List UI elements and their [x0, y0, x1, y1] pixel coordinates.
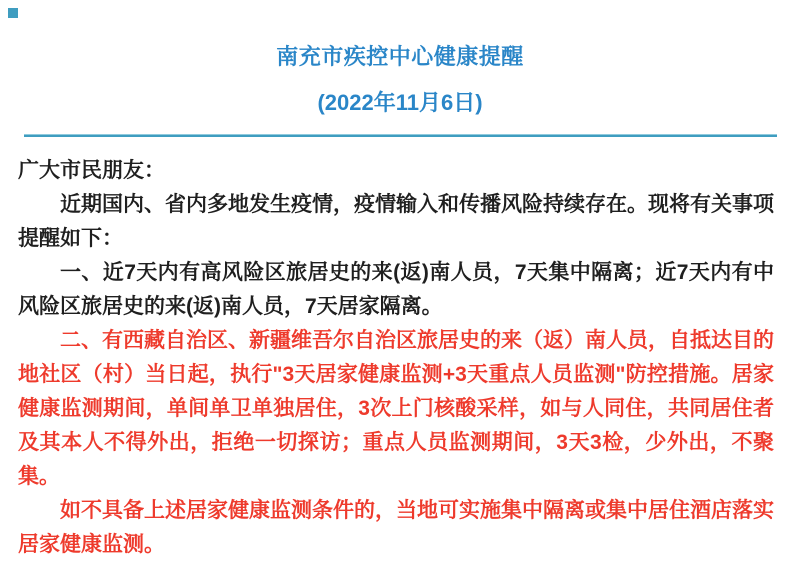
- header-divider: [24, 134, 777, 137]
- salutation-line: 广大市民朋友：: [18, 154, 774, 188]
- corner-bullet-decoration: [8, 8, 18, 18]
- notice-body: 广大市民朋友： 近期国内、省内多地发生疫情，疫情输入和传播风险持续存在。现将有关…: [0, 154, 800, 562]
- notice-paragraph-intro: 近期国内、省内多地发生疫情，疫情输入和传播风险持续存在。现将有关事项提醒如下：: [18, 188, 774, 256]
- notice-page: 南充市疾控中心健康提醒 (2022年11月6日) 广大市民朋友： 近期国内、省内…: [0, 0, 800, 566]
- notice-title: 南充市疾控中心健康提醒: [0, 44, 800, 69]
- notice-date: (2022年11月6日): [0, 90, 800, 115]
- notice-header: 南充市疾控中心健康提醒 (2022年11月6日): [0, 0, 800, 116]
- notice-paragraph-item2: 二、有西藏自治区、新疆维吾尔自治区旅居史的来（返）南人员，自抵达目的地社区（村）…: [18, 324, 774, 494]
- notice-paragraph-item1: 一、近7天内有高风险区旅居史的来(返)南人员，7天集中隔离；近7天内有中风险区旅…: [18, 256, 774, 324]
- notice-paragraph-item3: 如不具备上述居家健康监测条件的，当地可实施集中隔离或集中居住酒店落实居家健康监测…: [18, 494, 774, 562]
